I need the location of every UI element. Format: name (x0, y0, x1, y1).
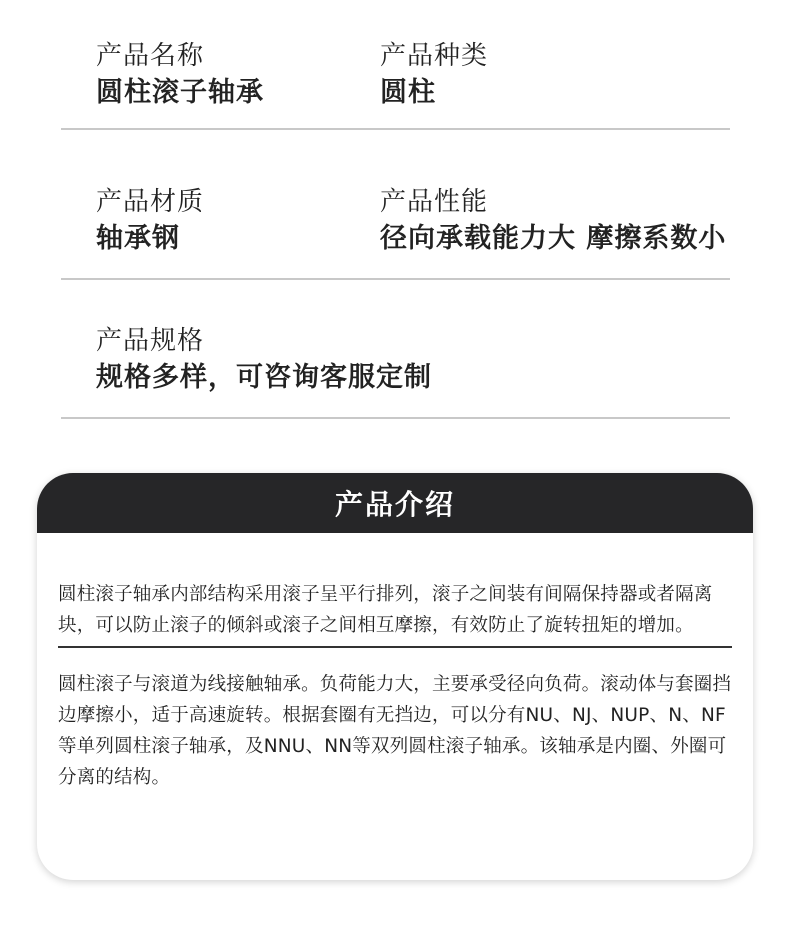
intro-paragraph: 圆柱滚子轴承内部结构采用滚子呈平行排列，滚子之间装有间隔保持器或者隔离块，可以防… (58, 579, 732, 641)
product-intro-card: 产品介绍 圆柱滚子轴承内部结构采用滚子呈平行排列，滚子之间装有间隔保持器或者隔离… (37, 473, 753, 880)
intro-paragraph: 圆柱滚子与滚道为线接触轴承。负荷能力大，主要承受径向负荷。滚动体与套圈挡边摩擦小… (58, 669, 732, 793)
divider (58, 646, 732, 648)
spec-row-3: 产品规格 规格多样，可咨询客服定制 (61, 325, 730, 419)
spec-row-1: 产品名称 圆柱滚子轴承 产品种类 圆柱 (61, 40, 730, 130)
spec-performance: 产品性能 径向承载能力大 摩擦系数小 (380, 186, 726, 256)
spec-value: 圆柱 (380, 76, 488, 110)
spec-name: 产品名称 圆柱滚子轴承 (96, 40, 264, 110)
spec-label: 产品材质 (96, 186, 204, 218)
spec-label: 产品种类 (380, 40, 488, 72)
spec-value: 规格多样，可咨询客服定制 (96, 361, 432, 395)
product-intro-title: 产品介绍 (37, 473, 753, 533)
spec-material: 产品材质 轴承钢 (96, 186, 204, 256)
spec-type: 产品种类 圆柱 (380, 40, 488, 110)
spec-value: 径向承载能力大 摩擦系数小 (380, 222, 726, 256)
spec-value: 轴承钢 (96, 222, 204, 256)
product-intro-body: 圆柱滚子轴承内部结构采用滚子呈平行排列，滚子之间装有间隔保持器或者隔离块，可以防… (37, 579, 753, 793)
spec-row-2: 产品材质 轴承钢 产品性能 径向承载能力大 摩擦系数小 (61, 186, 730, 280)
spec-specification: 产品规格 规格多样，可咨询客服定制 (96, 325, 432, 395)
spec-label: 产品名称 (96, 40, 264, 72)
spec-label: 产品性能 (380, 186, 726, 218)
spec-label: 产品规格 (96, 325, 432, 357)
spec-value: 圆柱滚子轴承 (96, 76, 264, 110)
